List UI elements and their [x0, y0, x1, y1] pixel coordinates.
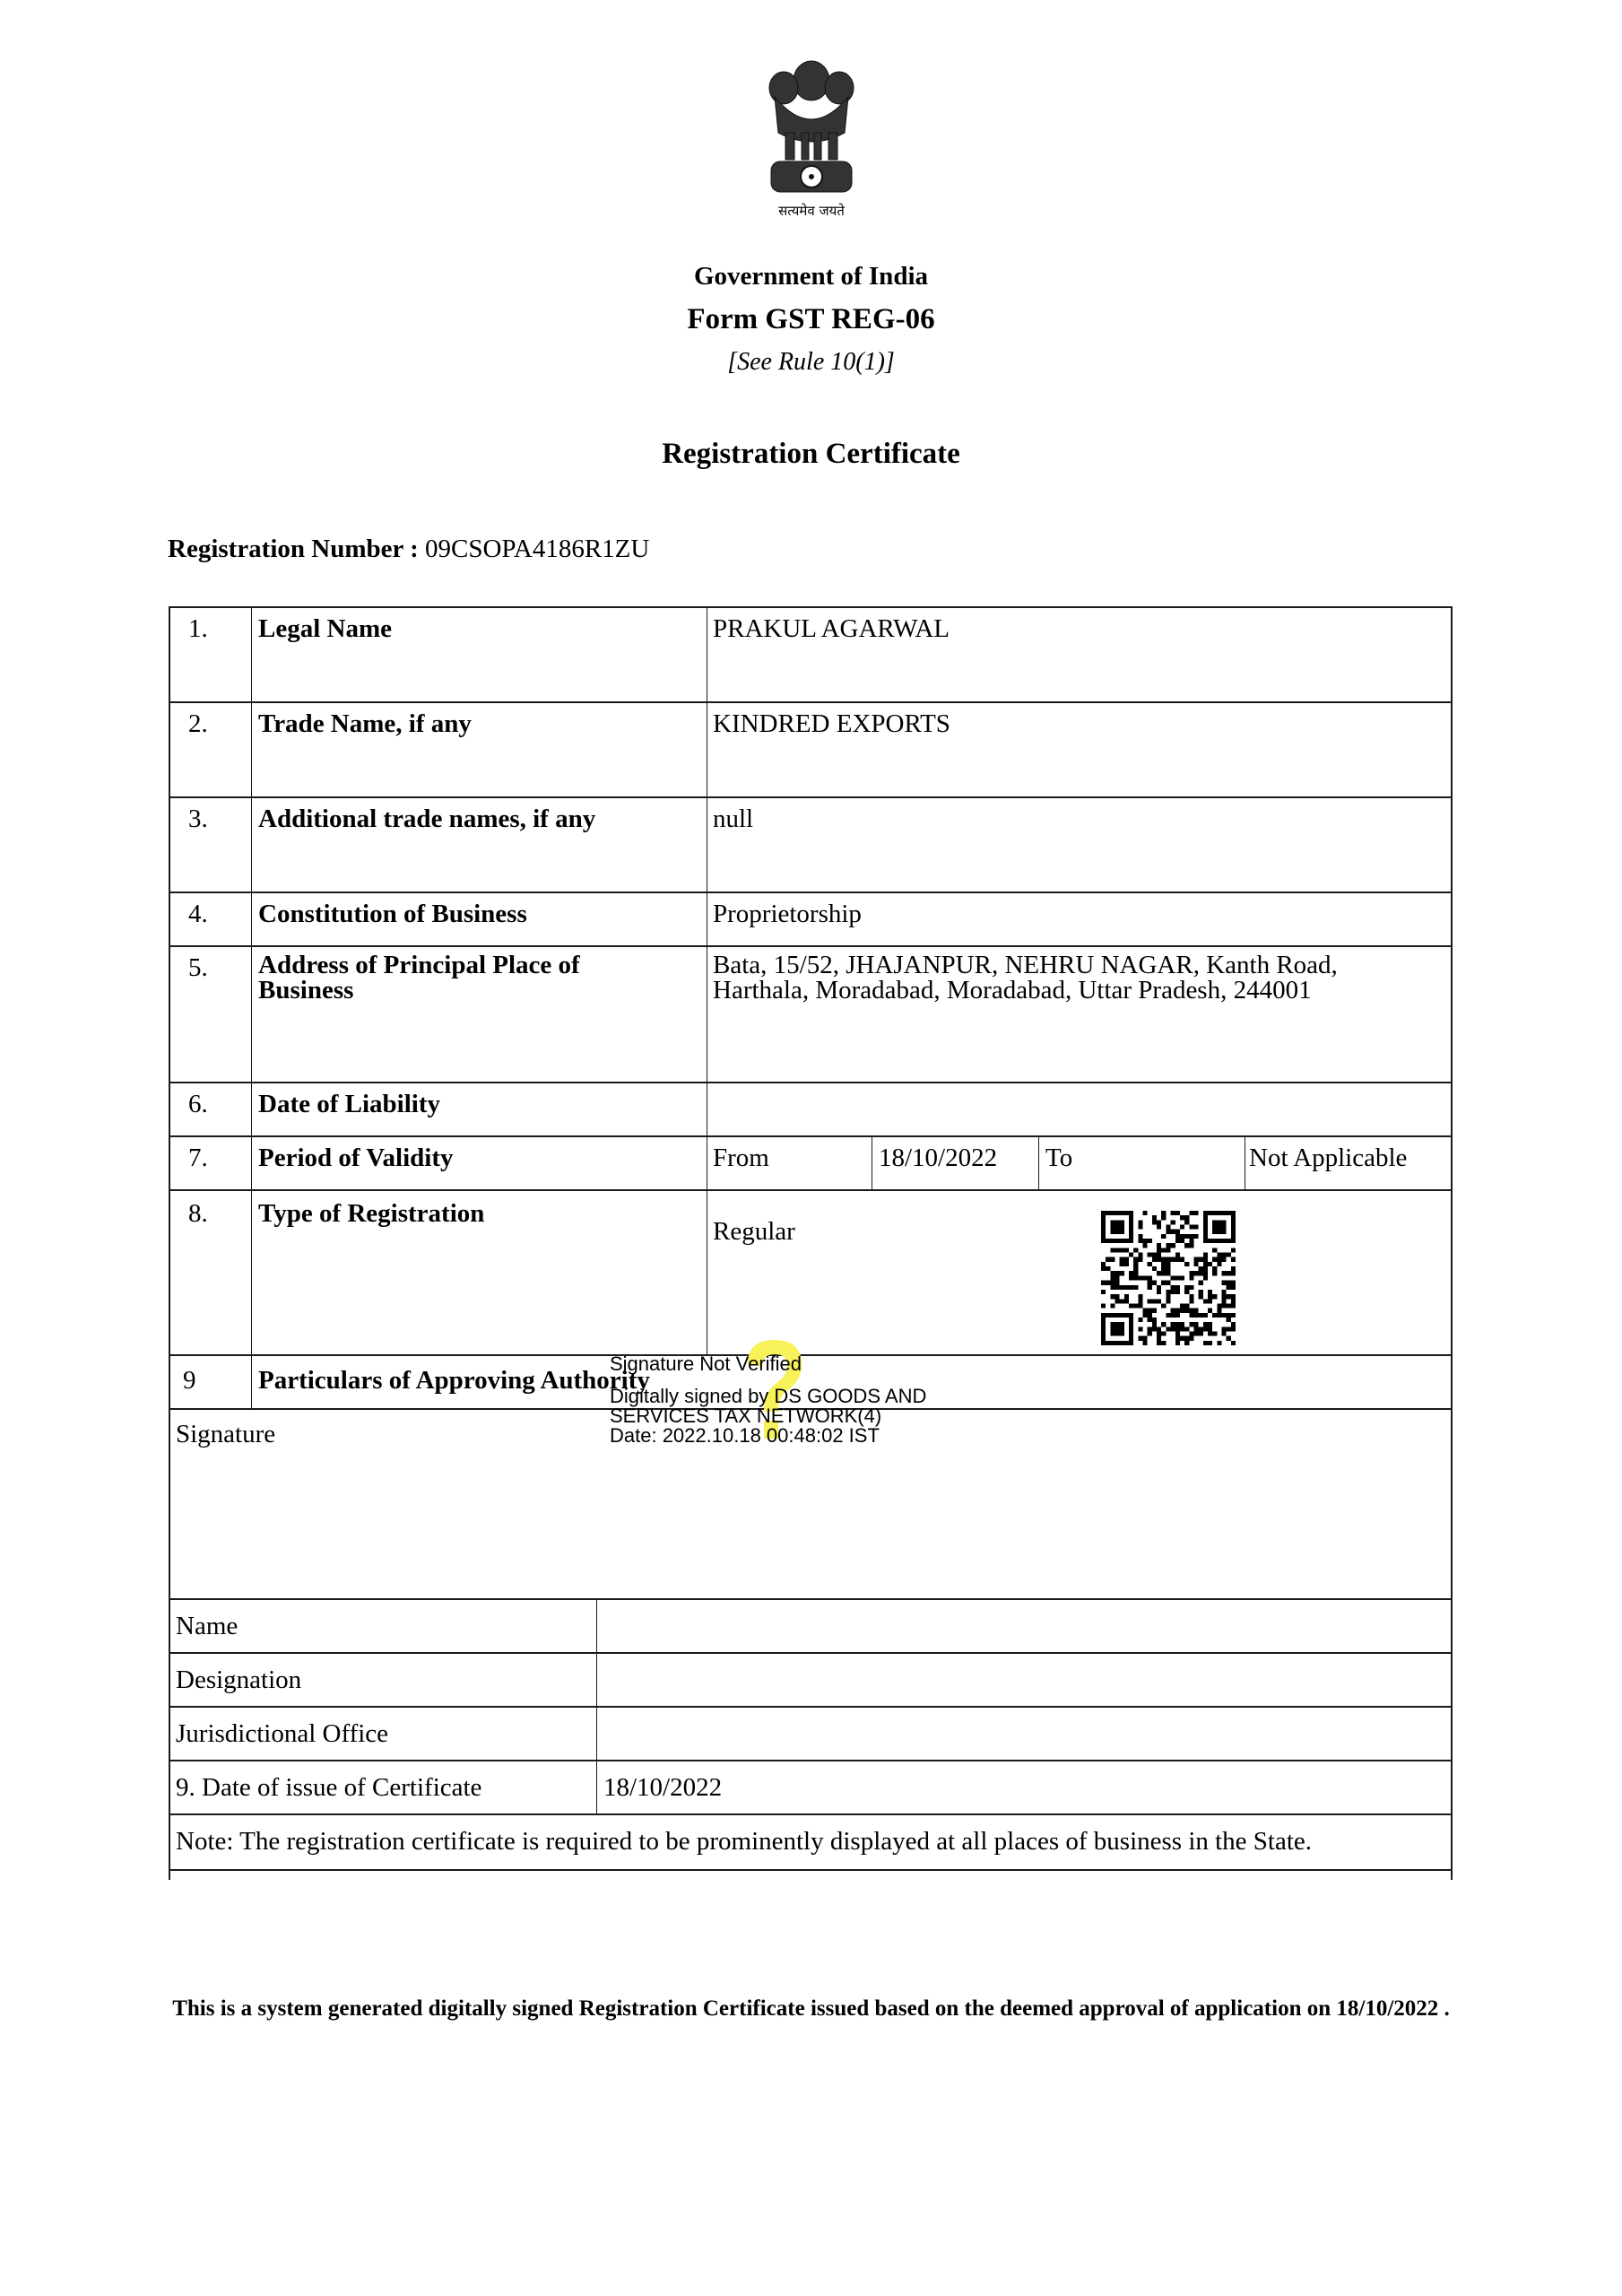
registration-number-value: 09CSOPA4186R1ZU — [425, 535, 649, 563]
validity-to-value: Not Applicable — [1249, 1143, 1407, 1174]
constitution-value: Proprietorship — [713, 899, 862, 930]
svg-text:सत्यमेव जयते: सत्यमेव जयते — [778, 203, 845, 219]
signature-label: Signature — [176, 1419, 275, 1450]
name-label: Name — [176, 1611, 238, 1642]
legal-name-label: Legal Name — [258, 613, 392, 645]
row-number: 5. — [188, 952, 208, 984]
jurisdictional-office-label: Jurisdictional Office — [176, 1718, 388, 1750]
approving-authority-label: Particulars of Approving Authority — [258, 1365, 650, 1396]
row-number: 2. — [188, 709, 208, 740]
validity-label: Period of Validity — [258, 1143, 454, 1174]
digital-signature-stamp[interactable]: Signature Not Verified Digitally signed … — [610, 1354, 926, 1446]
row-number: 7. — [188, 1143, 208, 1174]
validity-from-value: 18/10/2022 — [879, 1143, 997, 1174]
designation-label: Designation — [176, 1665, 301, 1696]
address-value-line: Bata, 15/52, JHAJANPUR, NEHRU NAGAR, Kan… — [713, 952, 1338, 978]
signed-by-line: SERVICES TAX NETWORK(4) — [610, 1406, 926, 1426]
registration-type-label: Type of Registration — [258, 1198, 484, 1230]
address-label: Address of Principal Place of Business — [258, 952, 580, 1003]
form-title: Form GST REG-06 — [0, 303, 1622, 336]
signature-status: Signature Not Verified — [610, 1354, 926, 1374]
validity-from-label: From — [713, 1143, 769, 1174]
signed-by-line: Digitally signed by DS GOODS AND — [610, 1387, 926, 1406]
registration-number: Registration Number : 09CSOPA4186R1ZU — [168, 535, 649, 564]
row-number: 1. — [188, 613, 208, 645]
registration-type-value: Regular — [713, 1216, 795, 1248]
address-label-line: Address of Principal Place of — [258, 952, 580, 978]
address-value: Bata, 15/52, JHAJANPUR, NEHRU NAGAR, Kan… — [713, 952, 1338, 1003]
additional-trade-names-label: Additional trade names, if any — [258, 804, 595, 835]
row-number: 6. — [188, 1089, 208, 1120]
government-heading: Government of India — [0, 262, 1622, 291]
issue-date-value: 18/10/2022 — [603, 1772, 722, 1804]
address-value-line: Harthala, Moradabad, Moradabad, Uttar Pr… — [713, 978, 1338, 1003]
date-of-liability-label: Date of Liability — [258, 1089, 440, 1120]
row-number: 8. — [188, 1198, 208, 1230]
constitution-label: Constitution of Business — [258, 899, 527, 930]
display-note: Note: The registration certificate is re… — [176, 1826, 1312, 1857]
national-emblem-icon: सत्यमेव जयते — [759, 43, 864, 222]
rule-reference: [See Rule 10(1)] — [0, 348, 1622, 377]
certificate-title: Registration Certificate — [0, 438, 1622, 471]
qr-code-icon — [1101, 1211, 1236, 1345]
trade-name-value: KINDRED EXPORTS — [713, 709, 950, 740]
registration-number-label: Registration Number : — [168, 535, 419, 563]
issue-date-label: 9. Date of issue of Certificate — [176, 1772, 481, 1804]
row-number: 9 — [183, 1365, 196, 1396]
validity-to-label: To — [1045, 1143, 1072, 1174]
legal-name-value: PRAKUL AGARWAL — [713, 613, 950, 645]
address-label-line: Business — [258, 978, 580, 1003]
row-number: 3. — [188, 804, 208, 835]
trade-name-label: Trade Name, if any — [258, 709, 472, 740]
additional-trade-names-value: null — [713, 804, 753, 835]
row-number: 4. — [188, 899, 208, 930]
signature-date: Date: 2022.10.18 00:48:02 IST — [610, 1426, 926, 1446]
system-generated-statement: This is a system generated digitally sig… — [0, 1996, 1622, 2022]
